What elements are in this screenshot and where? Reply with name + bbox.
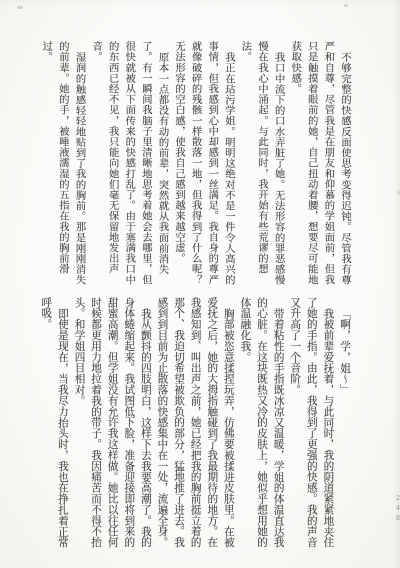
text-column: 了她的手指。由此，我得到了更强的快感。我的声音 <box>303 297 320 546</box>
text-column: 的心脏。在这块既热又冷的皮肤上，她似乎想用她的 <box>253 297 270 546</box>
page-number: 248 <box>394 494 400 524</box>
text-column: 身体蜷缩起来。我试图低下脸，准备迎接即将到来的 <box>121 297 138 546</box>
text-column: 时候都更用力地拉着我的带子。我因痛苦而不得不抬 <box>88 297 105 546</box>
text-column: 无法形容的空白感，使我自己感到越来越空虚。 <box>170 41 187 281</box>
text-column: 我被前辈爱抚着，与此同时，我的阴道紧紧地夹住 <box>320 297 337 546</box>
text-column: 慢在我心中涌起。与此同时，我开始有些荒谬的想 <box>253 41 270 281</box>
text-column: 我口中流下的口水弄脏了她。无法形容的罪恶感慢 <box>270 41 287 281</box>
book-page: 不够完整的快感反面使思考变得迟钝。尽管我有尊严和自尊，尽管我是在朋友和仰慕的学姐… <box>0 0 400 568</box>
text-column: 获取快感。 <box>287 41 304 281</box>
text-column: 严和自尊，尽管我是在朋友和仰慕的学姐面前，但我 <box>320 41 337 281</box>
text-column: 那个、我迫切希望被欺负的部分，猛地推了进去。我 <box>170 297 187 546</box>
text-block-bottom: 「啊，学，姐～」我被前辈爱抚着，与此同时，我的阴道紧紧地夹住了她的手指。由此，我… <box>38 297 353 546</box>
text-column: 原本一点都没有动的前辈，突然就从我面前消失 <box>154 41 171 281</box>
text-column: 就像破碎的残骸一样散落一地，但我得到了什么呢？ <box>187 41 204 281</box>
text-column: 的前辈。她的手，被唾液濡湿的五指在我的胸前滑 <box>54 41 71 281</box>
text-column: 感到到目前为止散落的快感集中在一处，流遍全身。 <box>154 297 171 546</box>
text-column: 我感知到、叫出声之前，她已经把我的胸前挺立着的 <box>187 297 204 546</box>
text-column: 「啊，学，姐～」 <box>336 297 353 546</box>
text-column: 了。有一瞬间我脑子里清晰地思考着她会去哪里，但 <box>137 41 154 281</box>
text-column: 带着粘性的手指既冰凉又温暖，学姐的体温直达我 <box>270 297 287 546</box>
text-column: 事情，但我感到心中却感到一丝满足。我自身的尊严 <box>204 41 221 281</box>
text-column: 过。 <box>38 41 55 281</box>
text-column: 又升高了一个音阶。 <box>287 297 304 546</box>
text-column: 胸部被恣意揉捏玩弄，仿佛要被揉进皮肤里。在被 <box>220 297 237 546</box>
text-column: 即使是现在，当我尽力抬头时，我也在挣扎着正常 <box>54 297 71 546</box>
text-column: 呼吸。 <box>38 297 55 546</box>
text-column: 很快就被从下面传来的快感打乱了。由于塞满我口中 <box>121 41 138 281</box>
scan-artifact <box>17 6 23 9</box>
text-column: 的东西已经不见，我只能向她们毫无保留地发出声 <box>104 41 121 281</box>
text-column: 甜蜜高潮。但学姐没有允许我这样做。她比以往任何 <box>104 297 121 546</box>
text-column: 爱抚之后，她的大拇指触碰到了我最期待的地方。在 <box>204 297 221 546</box>
text-column: 不够完整的快感反面使思考变得迟钝。尽管我有尊 <box>336 41 353 281</box>
text-column: 法。 <box>237 41 254 281</box>
text-column: 我正在玷污学姐。明明这绝对不是一件令人高兴的 <box>220 41 237 281</box>
text-column: 头。和学姐四目相对。 <box>71 297 88 546</box>
text-column: 我从颤抖的四肢明白，这样下去我要高潮了。我的 <box>137 297 154 546</box>
text-column: 湿润的触感轻轻地贴到了我的胸前。那是刚刚消失 <box>71 41 88 281</box>
scan-artifact <box>344 4 348 7</box>
text-column: 音。 <box>88 41 105 281</box>
text-column: 只是触摸着眼前的她，自己扭动着腰，想要尽可能地 <box>303 41 320 281</box>
text-column: 体温融化我。 <box>237 297 254 546</box>
text-block-top: 不够完整的快感反面使思考变得迟钝。尽管我有尊严和自尊，尽管我是在朋友和仰慕的学姐… <box>38 41 353 281</box>
